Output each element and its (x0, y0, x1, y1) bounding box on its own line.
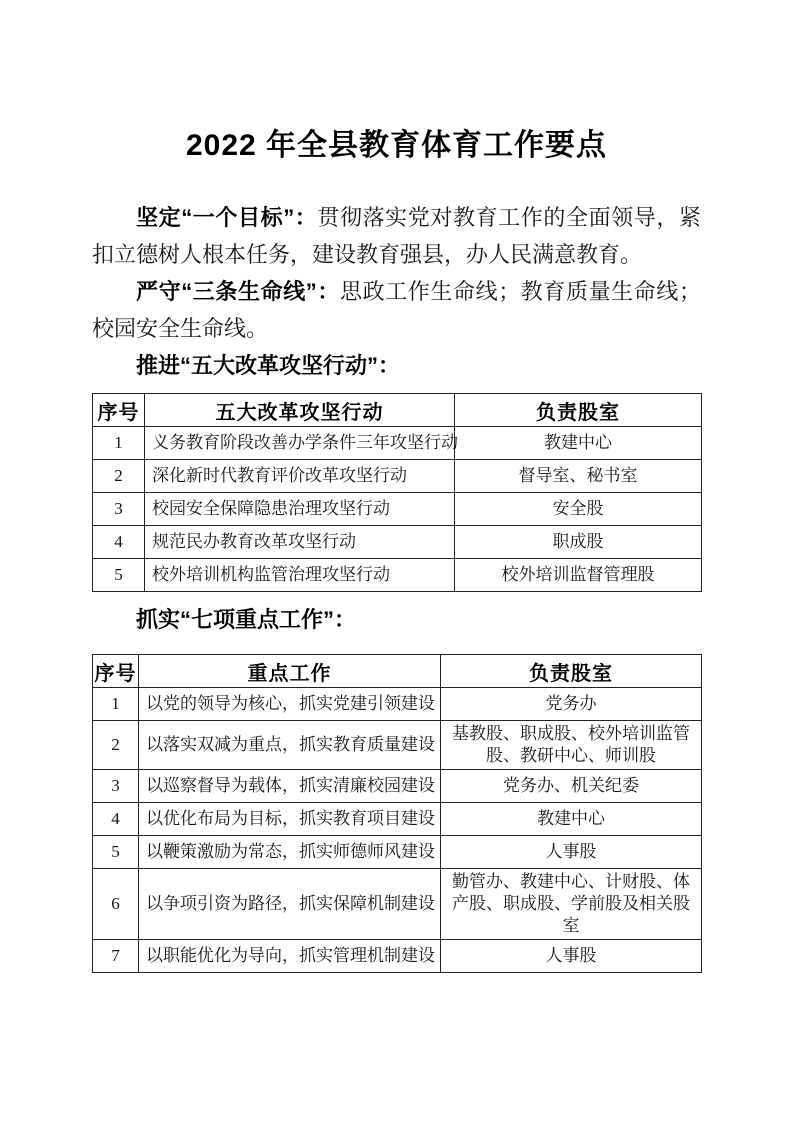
table-row: 4规范民办教育改革攻坚行动职成股 (93, 526, 702, 559)
paragraph-one-goal: 坚定“一个目标”：贯彻落实党对教育工作的全面领导，紧扣立德树人根本任务，建设教育… (92, 199, 701, 273)
table-cell: 5 (93, 559, 145, 592)
table-cell: 1 (93, 688, 139, 721)
table-cell: 职成股 (455, 526, 702, 559)
table-cell: 7 (93, 940, 139, 973)
table-row: 4以优化布局为目标，抓实教育项目建设教建中心 (93, 803, 702, 836)
table-row: 1义务教育阶段改善办学条件三年攻坚行动教建中心 (93, 427, 702, 460)
table-cell: 基教股、职成股、校外培训监管股、教研中心、师训股 (441, 721, 702, 770)
table-cell: 以落实双减为重点，抓实教育质量建设 (139, 721, 441, 770)
table-cell: 以党的领导为核心，抓实党建引领建设 (139, 688, 441, 721)
table-cell: 深化新时代教育评价改革攻坚行动 (145, 460, 455, 493)
table-cell: 勤管办、教建中心、计财股、体产股、职成股、学前股及相关股室 (441, 869, 702, 940)
intro-block: 坚定“一个目标”：贯彻落实党对教育工作的全面领导，紧扣立德树人根本任务，建设教育… (92, 199, 701, 384)
paragraph-three-lifelines: 严守“三条生命线”：思政工作生命线；教育质量生命线；校园安全生命线。 (92, 273, 701, 347)
table-cell: 2 (93, 460, 145, 493)
table-row: 6以争项引资为路径，抓实保障机制建设勤管办、教建中心、计财股、体产股、职成股、学… (93, 869, 702, 940)
table-row: 2深化新时代教育评价改革攻坚行动督导室、秘书室 (93, 460, 702, 493)
table-cell: 以优化布局为目标，抓实教育项目建设 (139, 803, 441, 836)
table-cell: 人事股 (441, 940, 702, 973)
header-cell-department: 负责股室 (441, 655, 702, 688)
table-header-row: 序号 重点工作 负责股室 (93, 655, 702, 688)
table-cell: 教建中心 (455, 427, 702, 460)
paragraph-lead: 推进“五大改革攻坚行动”： (136, 353, 400, 378)
paragraph-lead: 坚定“一个目标”： (136, 205, 317, 230)
table-row: 1以党的领导为核心，抓实党建引领建设党务办 (93, 688, 702, 721)
table-cell: 人事股 (441, 836, 702, 869)
table-cell: 教建中心 (441, 803, 702, 836)
table-row: 3校园安全保障隐患治理攻坚行动安全股 (93, 493, 702, 526)
table-cell: 党务办 (441, 688, 702, 721)
table-cell: 1 (93, 427, 145, 460)
table-cell: 5 (93, 836, 139, 869)
table-cell: 以鞭策激励为常态，抓实师德师风建设 (139, 836, 441, 869)
table-cell: 督导室、秘书室 (455, 460, 702, 493)
table-header: 序号 五大改革攻坚行动 负责股室 (93, 394, 702, 427)
table-cell: 校外培训机构监管治理攻坚行动 (145, 559, 455, 592)
table-cell: 3 (93, 493, 145, 526)
table-row: 5校外培训机构监管治理攻坚行动校外培训监督管理股 (93, 559, 702, 592)
table-row: 2以落实双减为重点，抓实教育质量建设基教股、职成股、校外培训监管股、教研中心、师… (93, 721, 702, 770)
table-header-row: 序号 五大改革攻坚行动 负责股室 (93, 394, 702, 427)
table-cell: 校外培训监督管理股 (455, 559, 702, 592)
header-cell-work: 重点工作 (139, 655, 441, 688)
header-cell-action: 五大改革攻坚行动 (145, 394, 455, 427)
table-cell: 4 (93, 803, 139, 836)
document-content: 2022 年全县教育体育工作要点 坚定“一个目标”：贯彻落实党对教育工作的全面领… (92, 0, 701, 973)
table-cell: 党务办、机关纪委 (441, 770, 702, 803)
paragraph-lead: 严守“三条生命线”： (136, 279, 340, 304)
table-cell: 以争项引资为路径，抓实保障机制建设 (139, 869, 441, 940)
header-cell-index: 序号 (93, 655, 139, 688)
document-page: 2022 年全县教育体育工作要点 坚定“一个目标”：贯彻落实党对教育工作的全面领… (0, 0, 793, 1122)
table-row: 3以巡察督导为载体，抓实清廉校园建设党务办、机关纪委 (93, 770, 702, 803)
key-work-table: 序号 重点工作 负责股室 1以党的领导为核心，抓实党建引领建设党务办2以落实双减… (92, 654, 702, 973)
table-cell: 安全股 (455, 493, 702, 526)
table-cell: 以巡察督导为载体，抓实清廉校园建设 (139, 770, 441, 803)
table-cell: 以职能优化为导向，抓实管理机制建设 (139, 940, 441, 973)
table-cell: 校园安全保障隐患治理攻坚行动 (145, 493, 455, 526)
table-header: 序号 重点工作 负责股室 (93, 655, 702, 688)
header-cell-index: 序号 (93, 394, 145, 427)
header-cell-department: 负责股室 (455, 394, 702, 427)
paragraph-seven-keyworks: 抓实“七项重点工作”： (92, 601, 701, 638)
table-cell: 义务教育阶段改善办学条件三年攻坚行动 (145, 427, 455, 460)
table-body: 1义务教育阶段改善办学条件三年攻坚行动教建中心2深化新时代教育评价改革攻坚行动督… (93, 427, 702, 592)
paragraph-lead: 抓实“七项重点工作”： (136, 607, 356, 632)
paragraph-five-reforms: 推进“五大改革攻坚行动”： (92, 347, 701, 384)
reform-actions-table: 序号 五大改革攻坚行动 负责股室 1义务教育阶段改善办学条件三年攻坚行动教建中心… (92, 393, 702, 592)
table-cell: 规范民办教育改革攻坚行动 (145, 526, 455, 559)
table-cell: 3 (93, 770, 139, 803)
table-cell: 6 (93, 869, 139, 940)
page-title: 2022 年全县教育体育工作要点 (92, 126, 701, 166)
table-row: 5以鞭策激励为常态，抓实师德师风建设人事股 (93, 836, 702, 869)
table-body: 1以党的领导为核心，抓实党建引领建设党务办2以落实双减为重点，抓实教育质量建设基… (93, 688, 702, 973)
table-row: 7以职能优化为导向，抓实管理机制建设人事股 (93, 940, 702, 973)
table-cell: 2 (93, 721, 139, 770)
table-cell: 4 (93, 526, 145, 559)
